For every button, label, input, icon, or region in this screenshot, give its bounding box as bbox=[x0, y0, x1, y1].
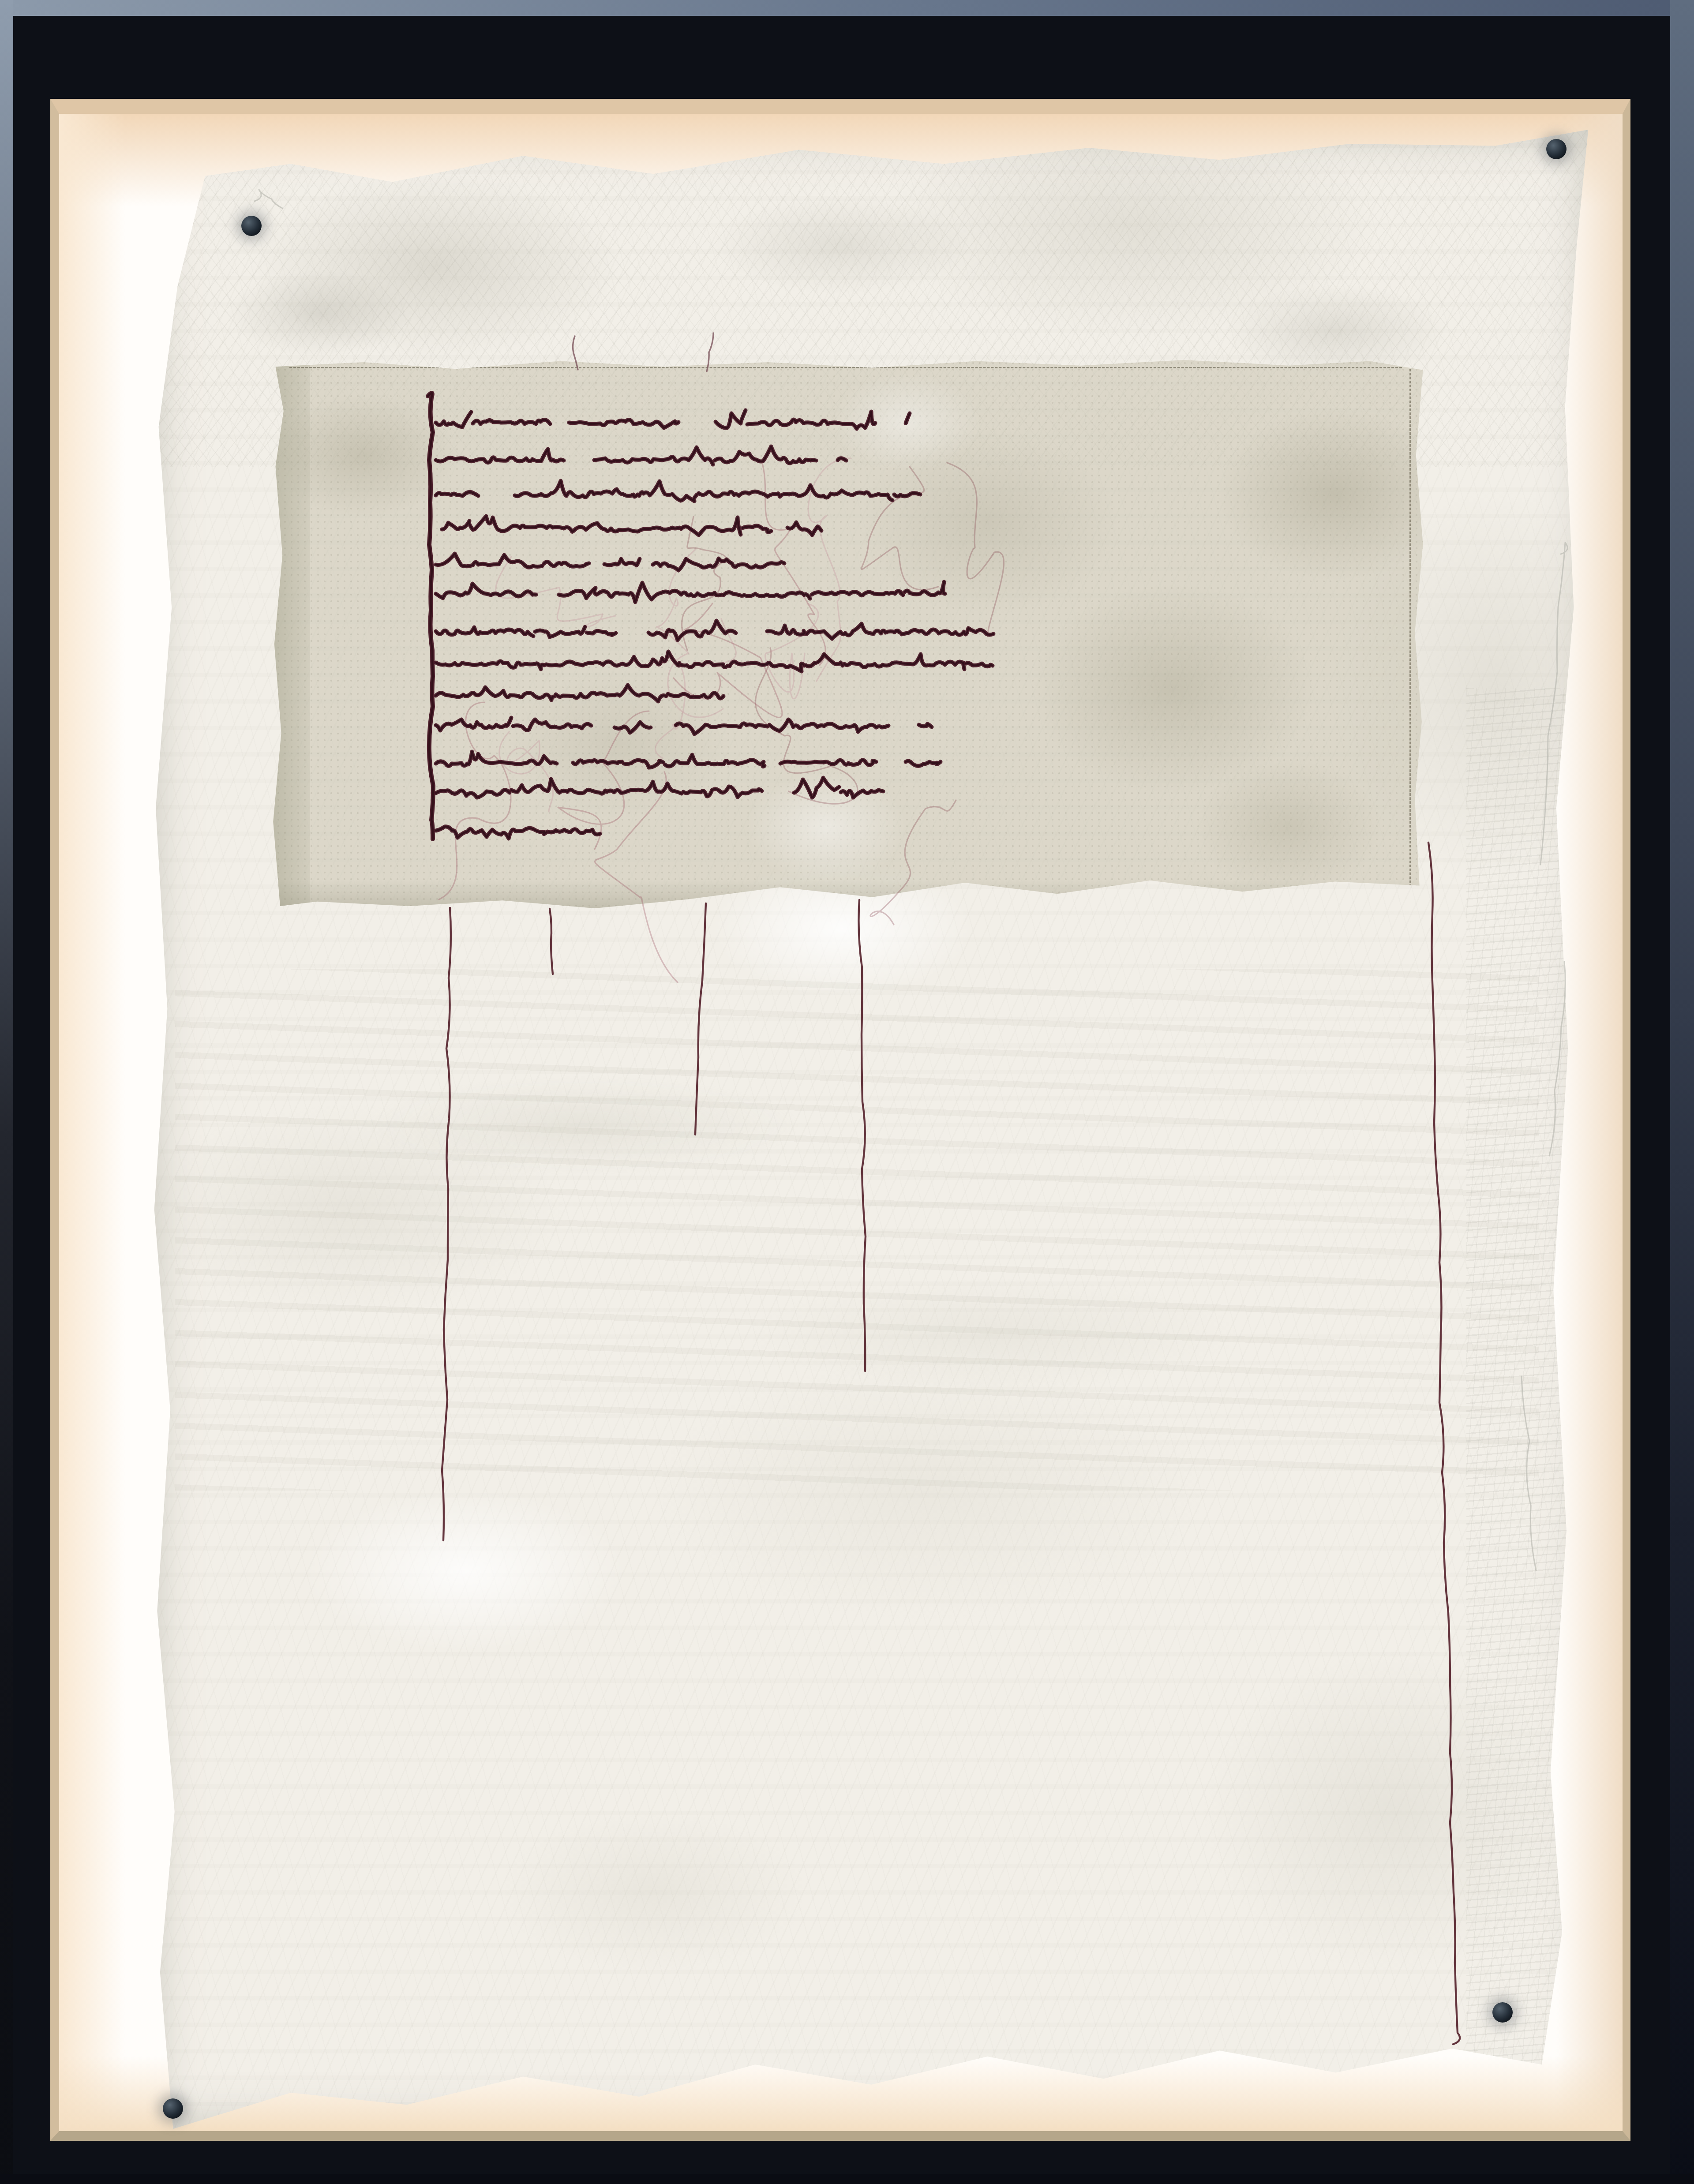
frayed-grey-wisp bbox=[255, 190, 282, 208]
embroidered-script-line-overlay bbox=[747, 412, 875, 429]
frayed-grey-wisp bbox=[1522, 1376, 1536, 1570]
loose-pink-thread bbox=[439, 702, 511, 899]
embroidered-script-line bbox=[782, 485, 892, 500]
embroidered-script-line-overlay bbox=[598, 583, 722, 602]
corner-pin-top-left bbox=[241, 216, 262, 236]
loose-pink-thread bbox=[870, 800, 956, 925]
photo-of-framed-lightbox-artwork bbox=[0, 0, 1694, 2184]
hanging-thread bbox=[550, 909, 553, 974]
frayed-grey-wisp bbox=[1540, 543, 1567, 865]
thread-tail bbox=[573, 336, 578, 370]
loose-pink-thread bbox=[499, 732, 553, 812]
corner-pin-bottom-left bbox=[163, 2098, 183, 2119]
embroidered-script-line-overlay bbox=[511, 779, 605, 794]
corner-pin-bottom-right bbox=[1492, 2002, 1513, 2023]
hanging-thread bbox=[695, 903, 706, 1135]
embroidered-script-line-overlay bbox=[828, 760, 876, 765]
thread-tail bbox=[707, 333, 713, 371]
loose-pink-thread bbox=[862, 467, 938, 590]
loose-pink-thread bbox=[595, 772, 678, 982]
hanging-thread bbox=[442, 908, 451, 1540]
embroidered-script-line bbox=[515, 481, 637, 497]
loose-pink-thread bbox=[765, 604, 818, 699]
hanging-thread bbox=[1428, 843, 1460, 2044]
embroidered-script-line bbox=[556, 685, 666, 701]
loose-pink-thread bbox=[947, 463, 1004, 636]
embroidered-script-line-overlay bbox=[578, 523, 679, 532]
frayed-grey-wisp bbox=[1549, 962, 1565, 1156]
embroidered-script-line-overlay bbox=[683, 787, 762, 797]
corner-pin-top-right bbox=[1546, 139, 1567, 159]
hanging-thread bbox=[858, 900, 866, 1371]
embroidery-and-threads-layer bbox=[0, 0, 1694, 2184]
embroidered-script-line bbox=[436, 687, 554, 700]
